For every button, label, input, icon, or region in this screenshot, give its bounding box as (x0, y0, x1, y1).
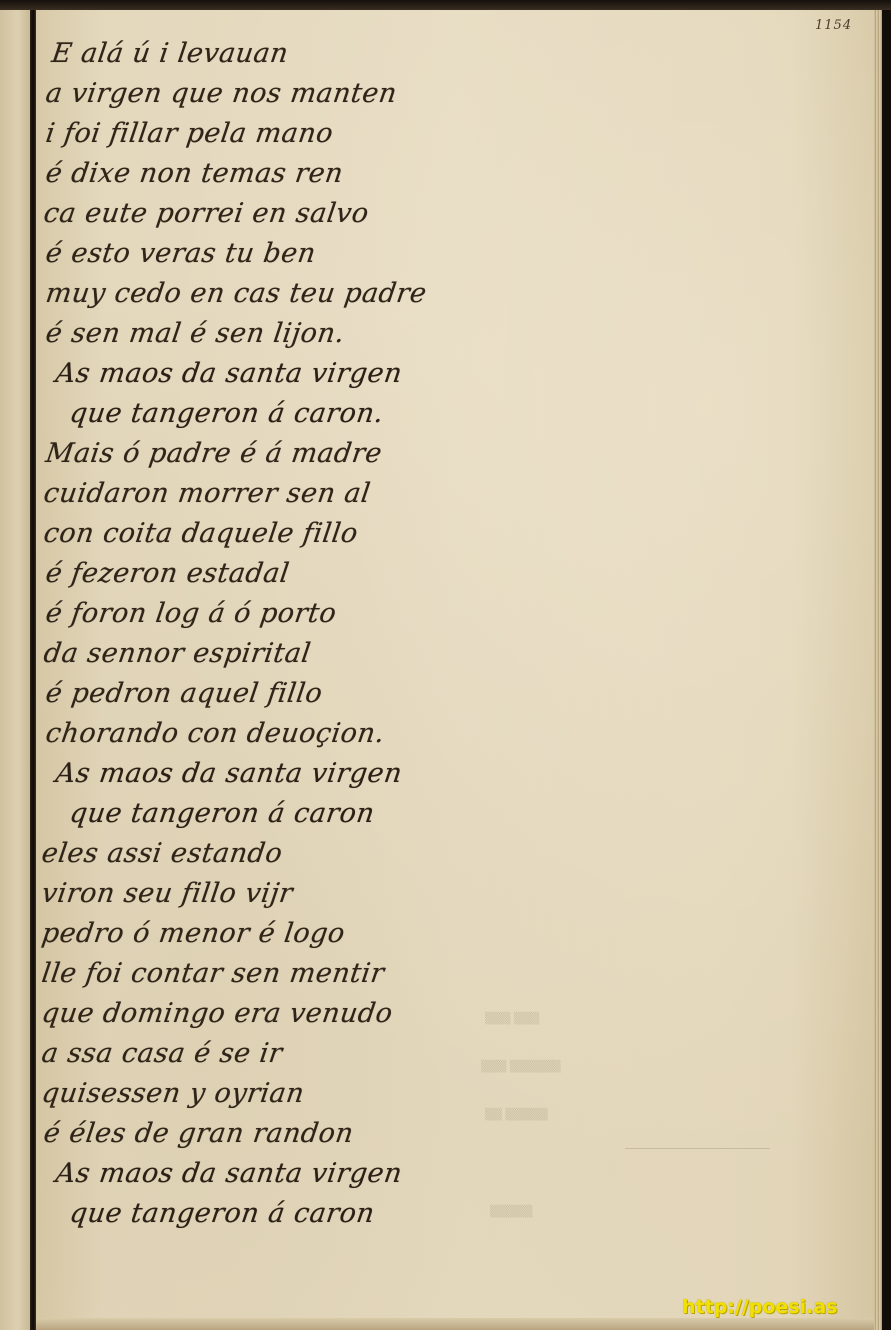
manuscript-line: muy cedo en cas teu padre (44, 278, 429, 309)
refrain-line: que tangeron á caron (68, 1198, 377, 1229)
manuscript-line: E alá ú i levauan (50, 38, 291, 69)
manuscript-line: é éles de gran randon (42, 1118, 356, 1149)
manuscript-line: i foi fillar pela mano (44, 118, 335, 149)
manuscript-line: lle foi contar sen mentir (40, 958, 387, 989)
refrain-line: As maos da santa virgen (54, 758, 404, 789)
manuscript-line: é foron log á ó porto (44, 598, 339, 629)
refrain-line: As maos da santa virgen (54, 1158, 404, 1189)
manuscript-line: é fezeron estadal (44, 558, 292, 589)
manuscript-line: viron seu fillo vijr (40, 878, 295, 909)
scan-background (882, 0, 891, 1330)
manuscript-line: pedro ó menor é logo (40, 918, 347, 949)
bleed-through-text: ▒▒▒ ▒▒▒▒▒▒ (481, 1060, 561, 1073)
manuscript-line: é dixe non temas ren (44, 158, 345, 189)
manuscript-line: a ssa casa é se ir (40, 1038, 285, 1069)
manuscript-line: quisessen y oyrian (40, 1078, 307, 1109)
manuscript-line: é sen mal é sen lijon. (44, 318, 347, 349)
watermark-link[interactable]: http://poesi.as (682, 1296, 837, 1318)
manuscript-line: chorando con deuoçion. (44, 718, 387, 749)
bleed-through-rule (625, 1148, 770, 1149)
page-stack-edge (874, 6, 882, 1330)
refrain-line: que tangeron á caron. (68, 398, 386, 429)
book-gutter (30, 8, 36, 1330)
manuscript-line: é esto veras tu ben (44, 238, 318, 269)
page-bottom-edge (36, 1318, 882, 1330)
manuscript-line: da sennor espirital (42, 638, 313, 669)
manuscript-line: Mais ó padre é á madre (44, 438, 384, 469)
refrain-line: As maos da santa virgen (54, 358, 404, 389)
bleed-through-text: ▒▒ ▒▒▒▒▒ (485, 1108, 548, 1121)
refrain-line: que tangeron á caron (68, 798, 377, 829)
facing-page-edge (0, 6, 30, 1330)
bleed-through-text: ▒▒▒▒▒ (490, 1205, 532, 1218)
manuscript-line: é pedron aquel fillo (44, 678, 325, 709)
manuscript-line: ca eute porrei en salvo (42, 198, 371, 229)
manuscript-line: a virgen que nos manten (44, 78, 399, 109)
bleed-through-text: ▒▒▒ ▒▒▒ (485, 1012, 539, 1025)
manuscript-line: eles assi estando (40, 838, 285, 869)
manuscript-line: que domingo era venudo (40, 998, 395, 1029)
manuscript-line: con coita daquele fillo (42, 518, 360, 549)
folio-number: 1154 (815, 18, 852, 33)
book-top-shadow (0, 0, 891, 10)
manuscript-line: cuidaron morrer sen al (42, 478, 373, 509)
